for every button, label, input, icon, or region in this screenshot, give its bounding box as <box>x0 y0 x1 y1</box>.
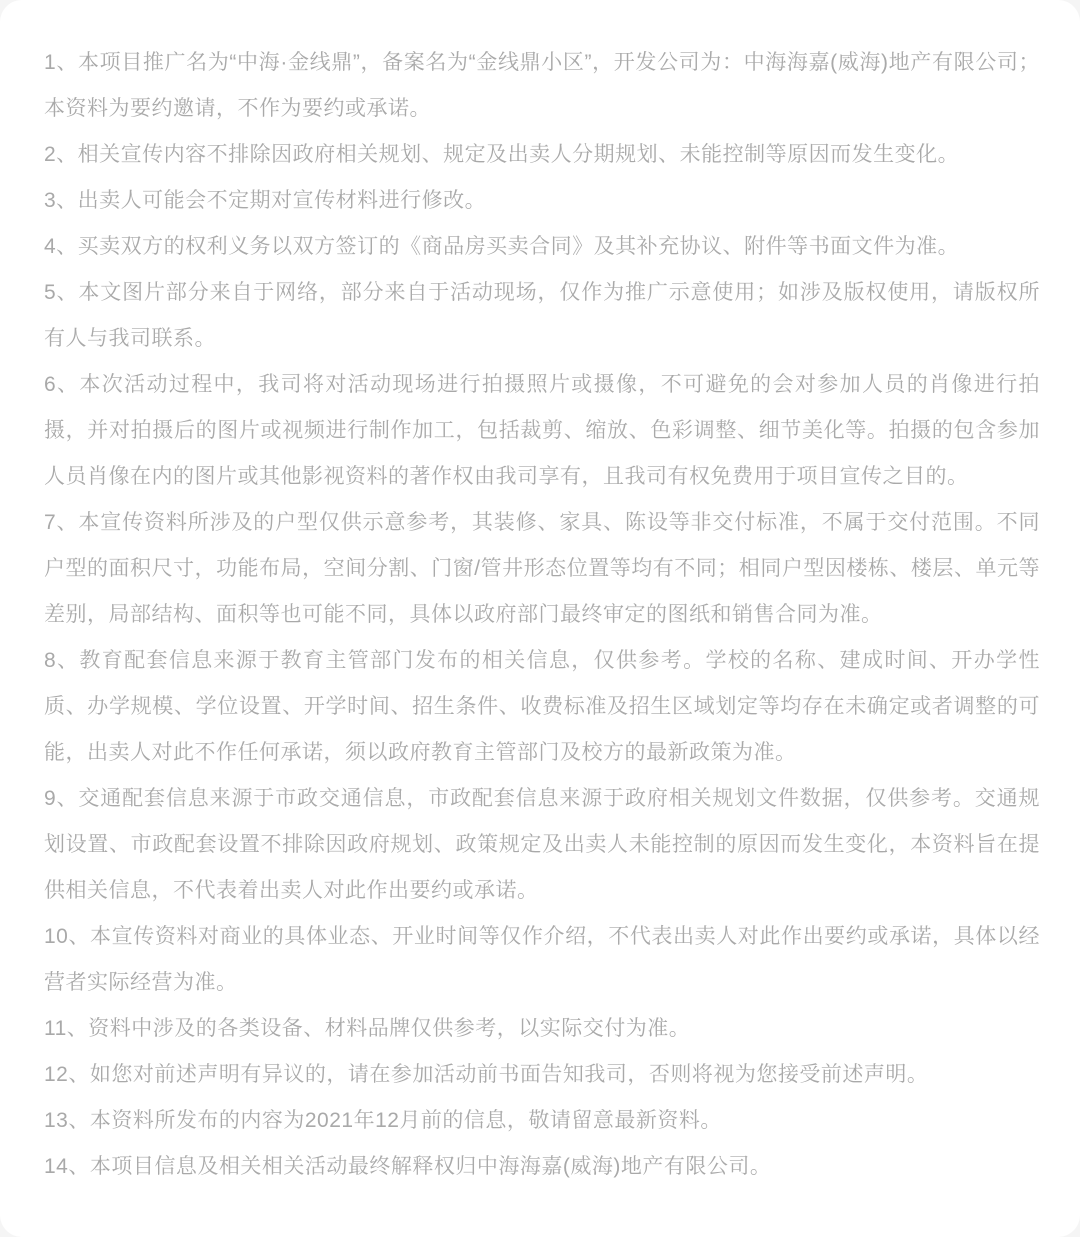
disclaimer-item: 11、资料中涉及的各类设备、材料品牌仅供参考，以实际交付为准。 <box>44 1006 1040 1052</box>
disclaimer-page: 1、本项目推广名为“中海·金线鼎”，备案名为“金线鼎小区”，开发公司为：中海海嘉… <box>0 0 1080 1237</box>
disclaimer-item: 3、出卖人可能会不定期对宣传材料进行修改。 <box>44 178 1040 224</box>
disclaimer-list: 1、本项目推广名为“中海·金线鼎”，备案名为“金线鼎小区”，开发公司为：中海海嘉… <box>44 40 1040 1190</box>
disclaimer-item: 5、本文图片部分来自于网络，部分来自于活动现场，仅作为推广示意使用；如涉及版权使… <box>44 270 1040 362</box>
disclaimer-item: 10、本宣传资料对商业的具体业态、开业时间等仅作介绍，不代表出卖人对此作出要约或… <box>44 914 1040 1006</box>
disclaimer-item: 13、本资料所发布的内容为2021年12月前的信息，敬请留意最新资料。 <box>44 1098 1040 1144</box>
disclaimer-item: 2、相关宣传内容不排除因政府相关规划、规定及出卖人分期规划、未能控制等原因而发生… <box>44 132 1040 178</box>
disclaimer-item: 8、教育配套信息来源于教育主管部门发布的相关信息，仅供参考。学校的名称、建成时间… <box>44 638 1040 776</box>
disclaimer-item: 1、本项目推广名为“中海·金线鼎”，备案名为“金线鼎小区”，开发公司为：中海海嘉… <box>44 40 1040 132</box>
disclaimer-item: 9、交通配套信息来源于市政交通信息，市政配套信息来源于政府相关规划文件数据，仅供… <box>44 776 1040 914</box>
disclaimer-item: 7、本宣传资料所涉及的户型仅供示意参考，其装修、家具、陈设等非交付标准，不属于交… <box>44 500 1040 638</box>
disclaimer-item: 4、买卖双方的权利义务以双方签订的《商品房买卖合同》及其补充协议、附件等书面文件… <box>44 224 1040 270</box>
disclaimer-item: 14、本项目信息及相关相关活动最终解释权归中海海嘉(威海)地产有限公司。 <box>44 1144 1040 1190</box>
disclaimer-item: 12、如您对前述声明有异议的，请在参加活动前书面告知我司，否则将视为您接受前述声… <box>44 1052 1040 1098</box>
disclaimer-item: 6、本次活动过程中，我司将对活动现场进行拍摄照片或摄像，不可避免的会对参加人员的… <box>44 362 1040 500</box>
